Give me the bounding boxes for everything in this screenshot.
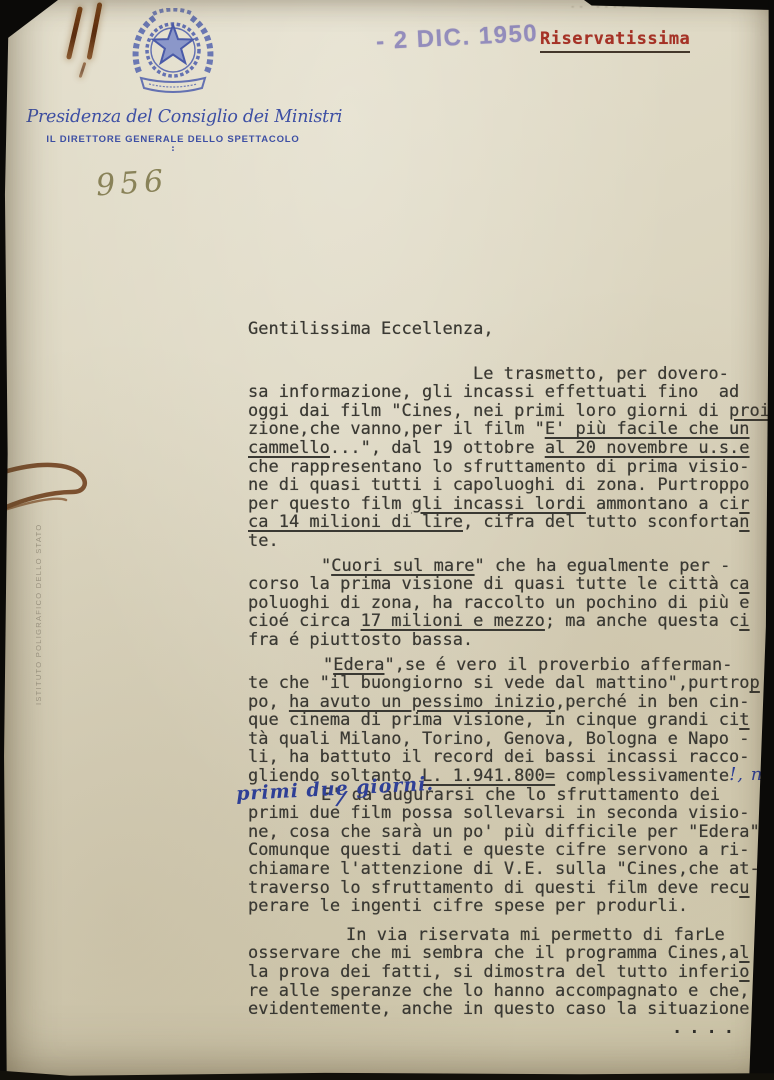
typed-text: ne, cosa che sarà un po' più difficile p… [248, 822, 770, 842]
typed-text: ; ma anche questa c [545, 611, 739, 631]
underlined-text: a [739, 574, 749, 594]
underlined-text: l [739, 943, 749, 963]
letter-line: In via riservata mi permetto di farLe [248, 926, 770, 945]
classification-label: Riservatissima [540, 29, 690, 53]
typed-text: che rappresentano lo sfruttamento di pri… [248, 457, 750, 477]
typed-text: perare le ingenti cifre spese per produr… [248, 896, 688, 916]
underlined-text: cammello [248, 438, 330, 458]
typed-text: , cifra del tutto sconforta [463, 512, 739, 532]
underlined-text: o [739, 962, 749, 982]
typed-text: te. [248, 531, 279, 551]
letterhead-script-title: Presidenza del Consiglio dei Ministri [27, 106, 320, 127]
typed-text: Comunque questi dati e queste cifre serv… [248, 840, 750, 860]
letter-line: cioé circa 17 milioni e mezzo; ma anche … [248, 612, 770, 631]
typed-text: ,perché in ben cin- [555, 692, 749, 712]
typed-text: corso la prima visione di quasi tutte le… [248, 574, 739, 594]
typed-text: ammontano a ci [586, 494, 740, 514]
underlined-text: 17 milioni e mezzo [361, 611, 545, 631]
underlined-text: p [750, 673, 760, 693]
letter-line: poluoghi di zona, ha raccolto un pochino… [248, 594, 770, 613]
typed-text: " [321, 556, 331, 576]
typed-text: " [323, 655, 333, 675]
typed-text: sa informazione, gli incassi effettuati … [248, 382, 739, 402]
underlined-text: r [739, 494, 749, 514]
italian-state-emblem-icon [130, 8, 216, 102]
underlined-text: Edera [333, 655, 384, 675]
letter-line: perare le ingenti cifre spese per produr… [248, 897, 770, 916]
typed-text: zione,che vanno,per il film " [248, 419, 545, 439]
letter-line: cammello...", dal 19 ottobre al 20 novem… [248, 439, 770, 458]
typed-text: ne di quasi tutti i capoluoghi di zona. … [248, 475, 750, 495]
letter-line: que cinema di prima visione, in cinque g… [248, 711, 770, 730]
typed-text: evidentemente, anche in questo caso la s… [248, 999, 750, 1019]
typed-text: tà quali Milano, Torino, Genova, Bologna… [248, 729, 750, 749]
typed-text: re alle speranze che lo hanno accompagna… [248, 981, 750, 1001]
underlined-text: E' più facile che un [545, 419, 750, 439]
hairpin-stain [4, 450, 104, 540]
handwritten-protocol-number: 956 [95, 164, 170, 204]
underlined-text: t [739, 710, 749, 730]
letter-line: "Cuori sul mare" che ha egualmente per - [248, 557, 770, 576]
letter-line: osservare che mi sembra che il programma… [248, 944, 770, 963]
letter-line: po, ha avuto un pessimo inizio,perché in… [248, 693, 770, 712]
typed-text: po, [248, 692, 289, 712]
typed-text: primi due film possa sollevarsi in secon… [248, 803, 750, 823]
letter-body: Le trasmetto, per dovero-sa informazione… [248, 365, 770, 1019]
letterhead: Presidenza del Consiglio dei Ministri IL… [22, 8, 324, 152]
typed-text: cioé circa [248, 611, 361, 631]
letter-line: evidentemente, anche in questo caso la s… [248, 1000, 770, 1019]
paper-sheet: -- ---- - ------ - -- - - 2 DIC. 1950 Ri… [4, 0, 770, 1078]
typed-text: ",se é vero il proverbio afferman- [384, 655, 732, 675]
underlined-text: u [739, 878, 749, 898]
typed-text: poluoghi di zona, ha raccolto un pochino… [248, 593, 750, 613]
typed-text: que cinema di prima visione, in cinque g… [248, 710, 739, 730]
letter-line: te. [248, 532, 770, 551]
letter-line: chiamare l'attenzione di V.E. sulla "Cin… [248, 860, 770, 879]
letter-line: corso la prima visione di quasi tutte le… [248, 575, 770, 594]
letter-line: ca 14 milioni di lire, cifra del tutto s… [248, 513, 770, 532]
letter-line: sa informazione, gli incassi effettuati … [248, 383, 770, 402]
star-icon [153, 25, 193, 63]
underlined-text: ca 14 milioni di lire [248, 512, 463, 532]
typed-text: Le trasmetto, per dovero- [473, 364, 729, 384]
underlined-text: al 20 novembre u.s.e [545, 438, 750, 458]
letter-line: per questo film gli incassi lordi ammont… [248, 495, 770, 514]
letter-body-container: Gentilissima Eccellenza, Le trasmetto, p… [248, 320, 770, 1019]
typed-text: la prova dei fatti, si dimostra del tutt… [248, 962, 739, 982]
underlined-text: L. 1.941.800= [422, 766, 555, 786]
letter-line: Comunque questi dati e queste cifre serv… [248, 841, 770, 860]
date-received-stamp: - 2 DIC. 1950 [375, 20, 538, 56]
continuation-dots: .... [672, 1018, 741, 1038]
typed-text: per questo film [248, 494, 412, 514]
underlined-text: gli incassi lordi [412, 494, 586, 514]
typed-text: chiamare l'attenzione di V.E. sulla "Cin… [248, 859, 760, 879]
typed-text: oggi dai film "Cines, nei primi loro gio… [248, 401, 729, 421]
letter-line: zione,che vanno,per il film "E' più faci… [248, 420, 770, 439]
letter-line: Le trasmetto, per dovero- [248, 365, 770, 384]
typed-text: li, ha battuto il record dei bassi incas… [248, 747, 750, 767]
salutation: Gentilissima Eccellenza, [248, 320, 770, 339]
typed-text: ...", dal 19 ottobre [330, 438, 545, 458]
typed-text: fra é piuttosto bassa. [248, 630, 473, 650]
letter-line: li, ha battuto il record dei bassi incas… [248, 748, 770, 767]
letter-line: traverso lo sfruttamento di questi film … [248, 879, 770, 898]
letter-line: fra é piuttosto bassa. [248, 631, 770, 650]
printer-edge-imprint: ISTITUTO POLIGRAFICO DELLO STATO [34, 524, 43, 706]
letter-line: oggi dai film "Cines, nei primi loro gio… [248, 402, 770, 421]
typed-text: complessivamente [555, 766, 729, 786]
scanned-letter-page: -- ---- - ------ - -- - - 2 DIC. 1950 Ri… [0, 0, 774, 1080]
typed-text: te che "il buongiorno si vede dal mattin… [248, 673, 750, 693]
letter-line: ne, cosa che sarà un po' più difficile p… [248, 823, 770, 842]
letter-line: tà quali Milano, Torino, Genova, Bologna… [248, 730, 770, 749]
letter-line: te che "il buongiorno si vede dal mattin… [248, 674, 770, 693]
letter-line: ne di quasi tutti i capoluoghi di zona. … [248, 476, 770, 495]
underlined-text: ha avuto un pessimo inizio [289, 692, 555, 712]
letterhead-divider-mark: : [22, 146, 324, 152]
typed-text: osservare che mi sembra che il programma… [248, 943, 739, 963]
underlined-text: proie [729, 401, 774, 421]
letter-line: la prova dei fatti, si dimostra del tutt… [248, 963, 770, 982]
typed-text: " che ha egualmente per - [475, 556, 731, 576]
letter-line: re alle speranze che lo hanno accompagna… [248, 982, 770, 1001]
letter-line: che rappresentano lo sfruttamento di pri… [248, 458, 770, 477]
underlined-text: n [739, 512, 749, 532]
underlined-text: i [739, 611, 749, 631]
typed-text: traverso lo sfruttamento di questi film … [248, 878, 739, 898]
underlined-text: Cuori sul mare [331, 556, 474, 576]
typed-text: In via riservata mi permetto di farLe [346, 925, 725, 945]
letter-line: primi due film possa sollevarsi in secon… [248, 804, 770, 823]
letter-line: "Edera",se é vero il proverbio afferman- [248, 656, 770, 675]
